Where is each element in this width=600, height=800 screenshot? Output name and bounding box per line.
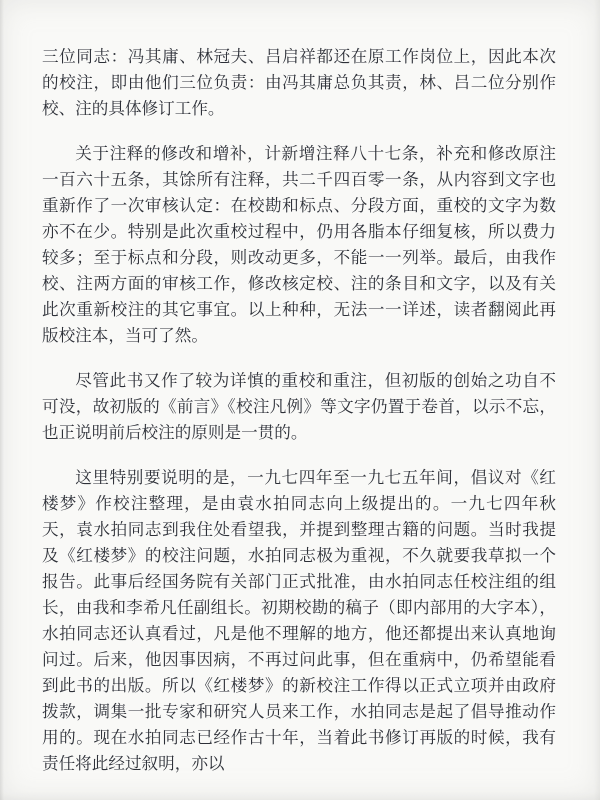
- paragraph: 尽管此书又作了较为详慎的重校和重注，但初版的创始之功自不可没，故初版的《前言》《…: [42, 368, 556, 446]
- paragraph: 三位同志：冯其庸、林冠夫、吕启祥都还在原工作岗位上，因此本次的校注，即由他们三位…: [42, 44, 556, 122]
- paragraph: 这里特别要说明的是，一九七四年至一九七五年间，倡议对《红楼梦》作校注整理，是由袁…: [42, 465, 556, 777]
- paragraph: 关于注释的修改和增补，计新增注释八十七条，补充和修改原注一百六十五条，其馀所有注…: [42, 141, 556, 349]
- scanned-page: 三位同志：冯其庸、林冠夫、吕启祥都还在原工作岗位上，因此本次的校注，即由他们三位…: [0, 0, 600, 800]
- text-block: 三位同志：冯其庸、林冠夫、吕启祥都还在原工作岗位上，因此本次的校注，即由他们三位…: [42, 44, 556, 777]
